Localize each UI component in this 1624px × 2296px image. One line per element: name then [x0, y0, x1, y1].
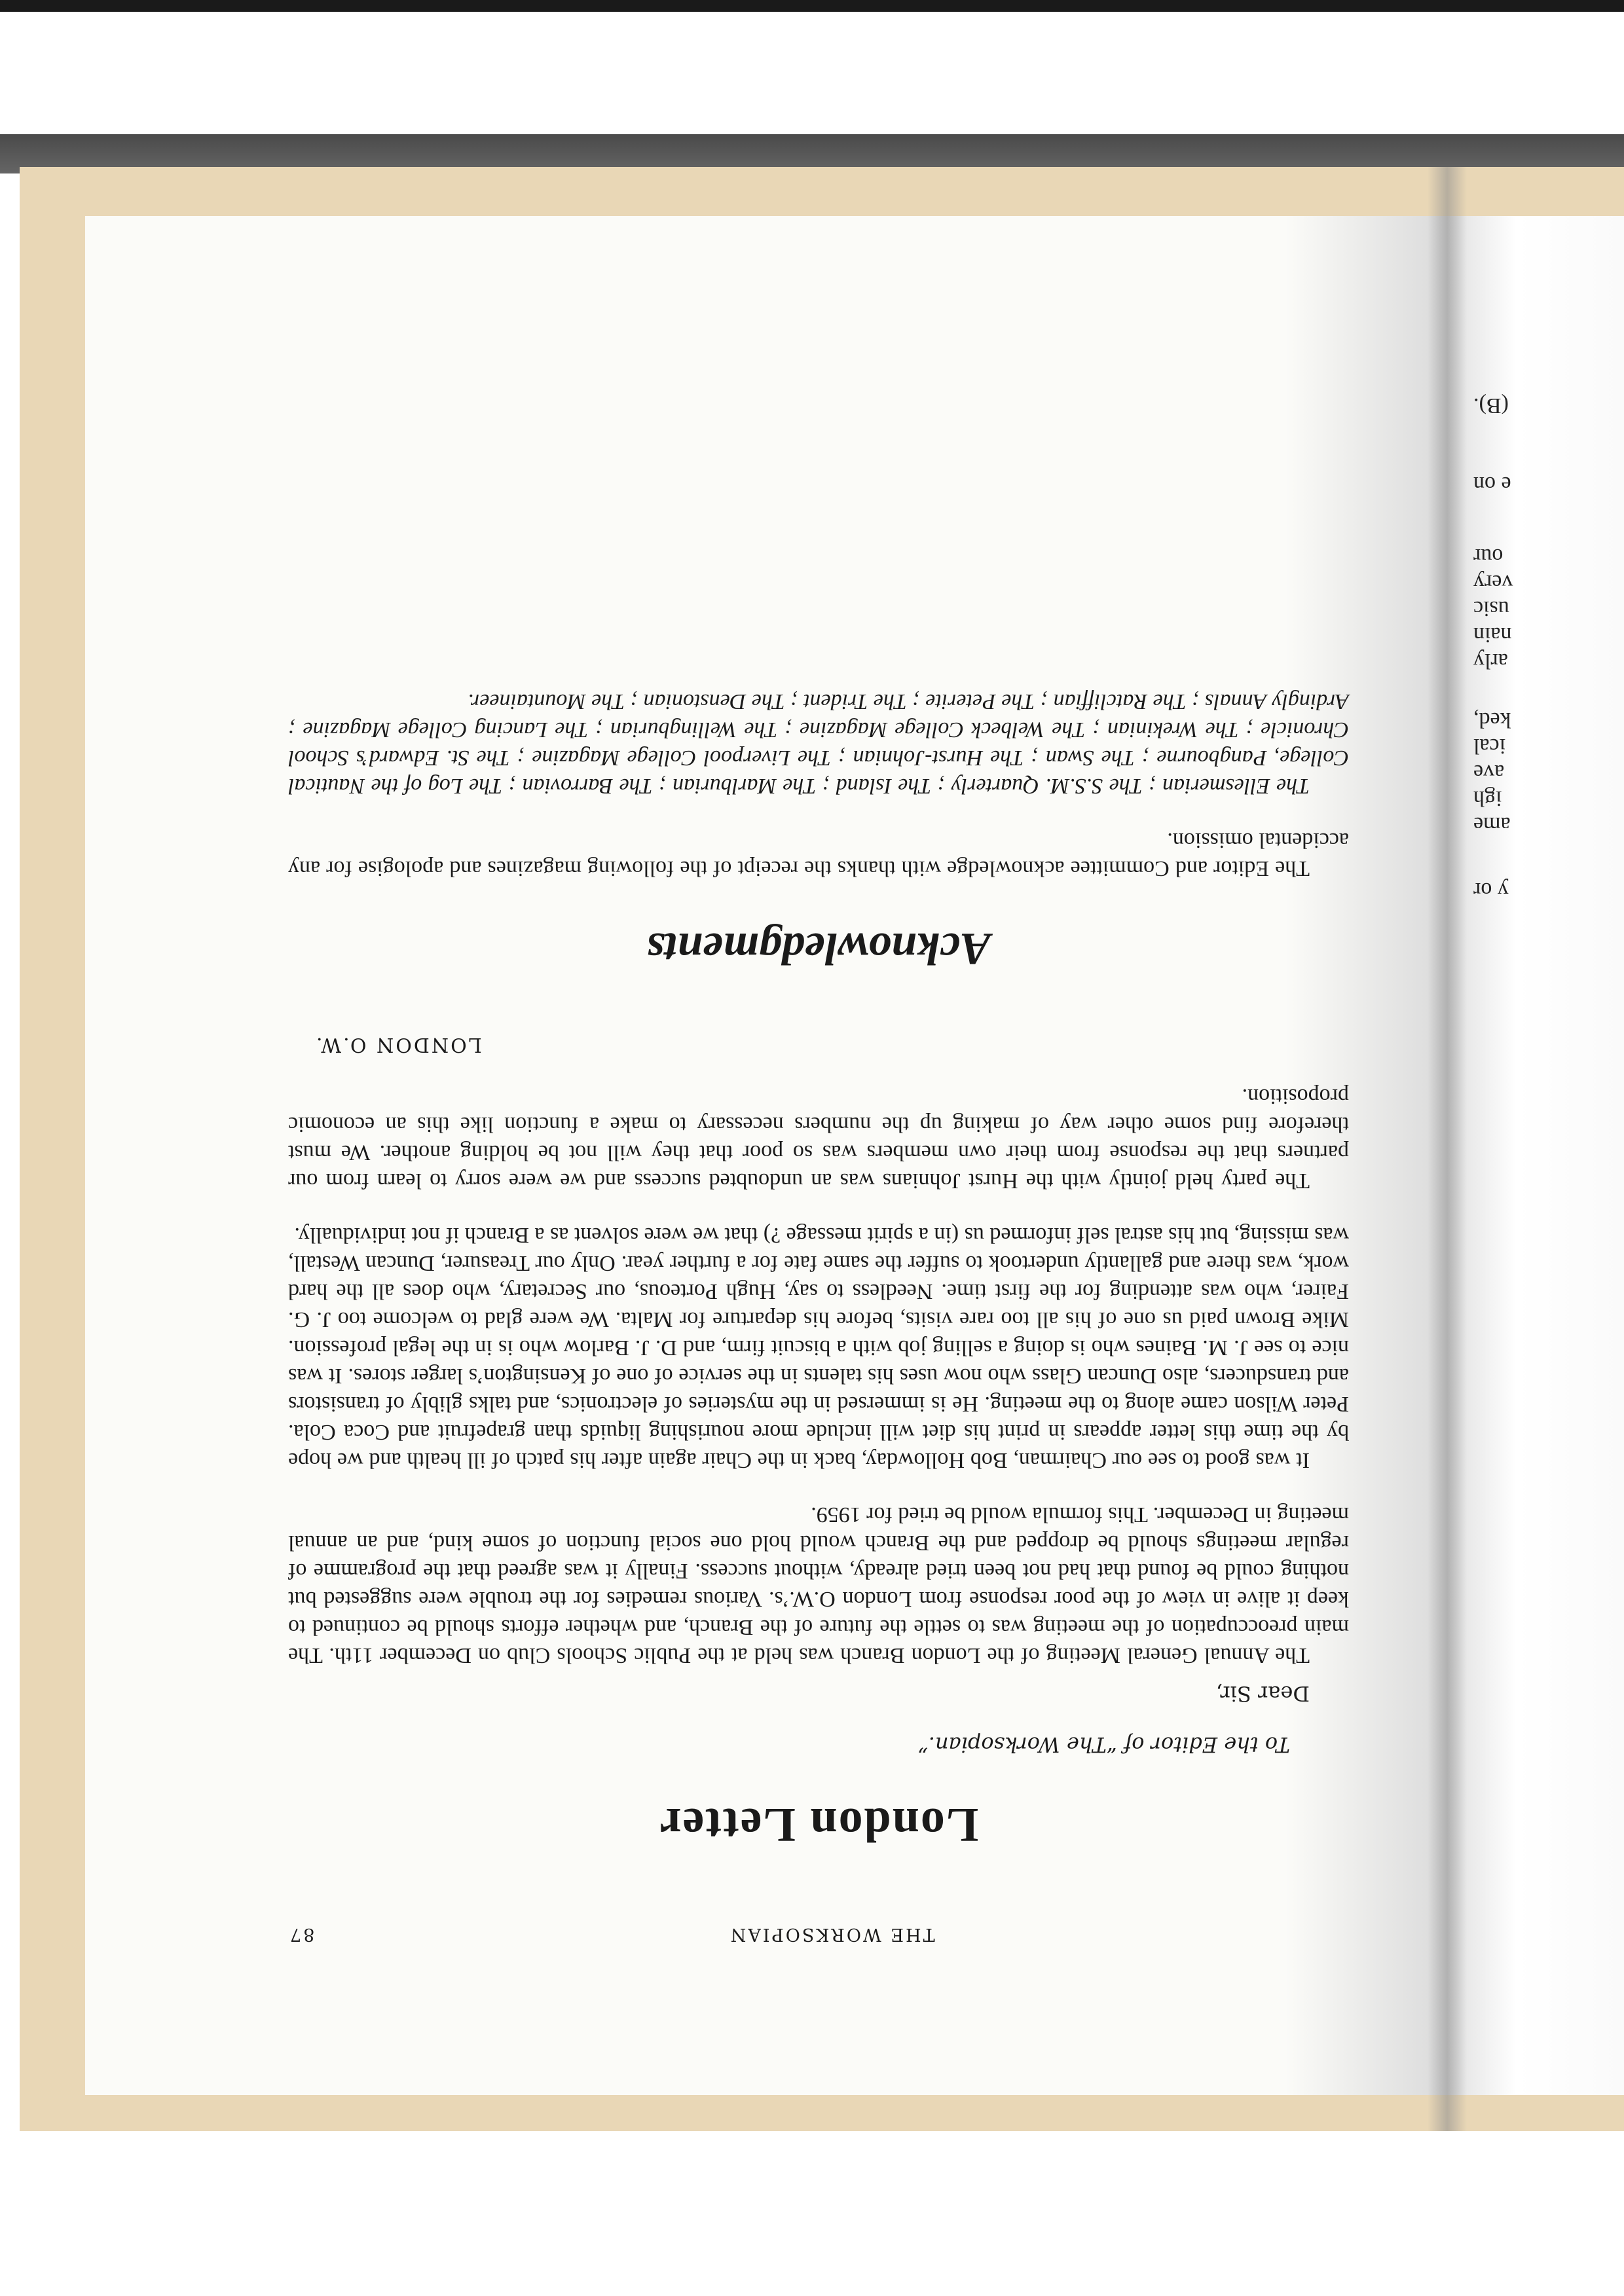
facing-page-fragment: very — [1473, 570, 1513, 594]
letter-paragraph: The Annual General Meeting of the London… — [288, 1501, 1349, 1669]
letter-paragraph: It was good to see our Chairman, Bob Hol… — [288, 1221, 1349, 1474]
facing-page-fragment: ked, — [1473, 707, 1511, 732]
letter-paragraph: The party held jointly with the Hurst Jo… — [288, 1082, 1349, 1195]
rotated-page-content: THE WORKSOPIAN 87 London Letter To the E… — [85, 216, 1460, 2095]
facing-page-fragment: e on — [1473, 471, 1511, 496]
letter-addressee: To the Editor of “The Worksopian.” — [288, 1732, 1290, 1757]
london-letter-title: London Letter — [288, 1796, 1349, 1852]
acknowledgments-title: Acknowledgments — [288, 922, 1349, 974]
magazine-list: The Ellesmerian ; The S.S.M. Quarterly ;… — [288, 687, 1349, 800]
acknowledgments-intro: The Editor and Committee acknowledge wit… — [288, 826, 1349, 883]
facing-page-fragment: usic — [1473, 596, 1509, 621]
letter-salutation: Dear Sir, — [288, 1681, 1310, 1706]
facing-page-fragment: arly — [1473, 648, 1508, 673]
facing-page-fragment: igh — [1473, 786, 1502, 811]
facing-page-fragment: ame — [1473, 812, 1511, 837]
letter-signature: LONDON O.W. — [314, 1033, 1349, 1056]
running-head-title: THE WORKSOPIAN — [314, 1924, 1349, 1944]
running-header: THE WORKSOPIAN 87 — [288, 1924, 1349, 1944]
facing-page-fragment: our — [1473, 543, 1503, 568]
facing-page-fragment: y or — [1473, 877, 1509, 902]
facing-page-fragment: ical — [1473, 733, 1505, 758]
page-number: 87 — [288, 1924, 314, 1944]
page-body: THE WORKSOPIAN 87 London Letter To the E… — [288, 661, 1349, 1944]
facing-page-fragment: nain — [1473, 622, 1512, 647]
facing-page-fragment: (B). — [1473, 393, 1509, 418]
scanner-edge — [0, 0, 1624, 12]
facing-page-fragment: ave — [1473, 759, 1504, 784]
